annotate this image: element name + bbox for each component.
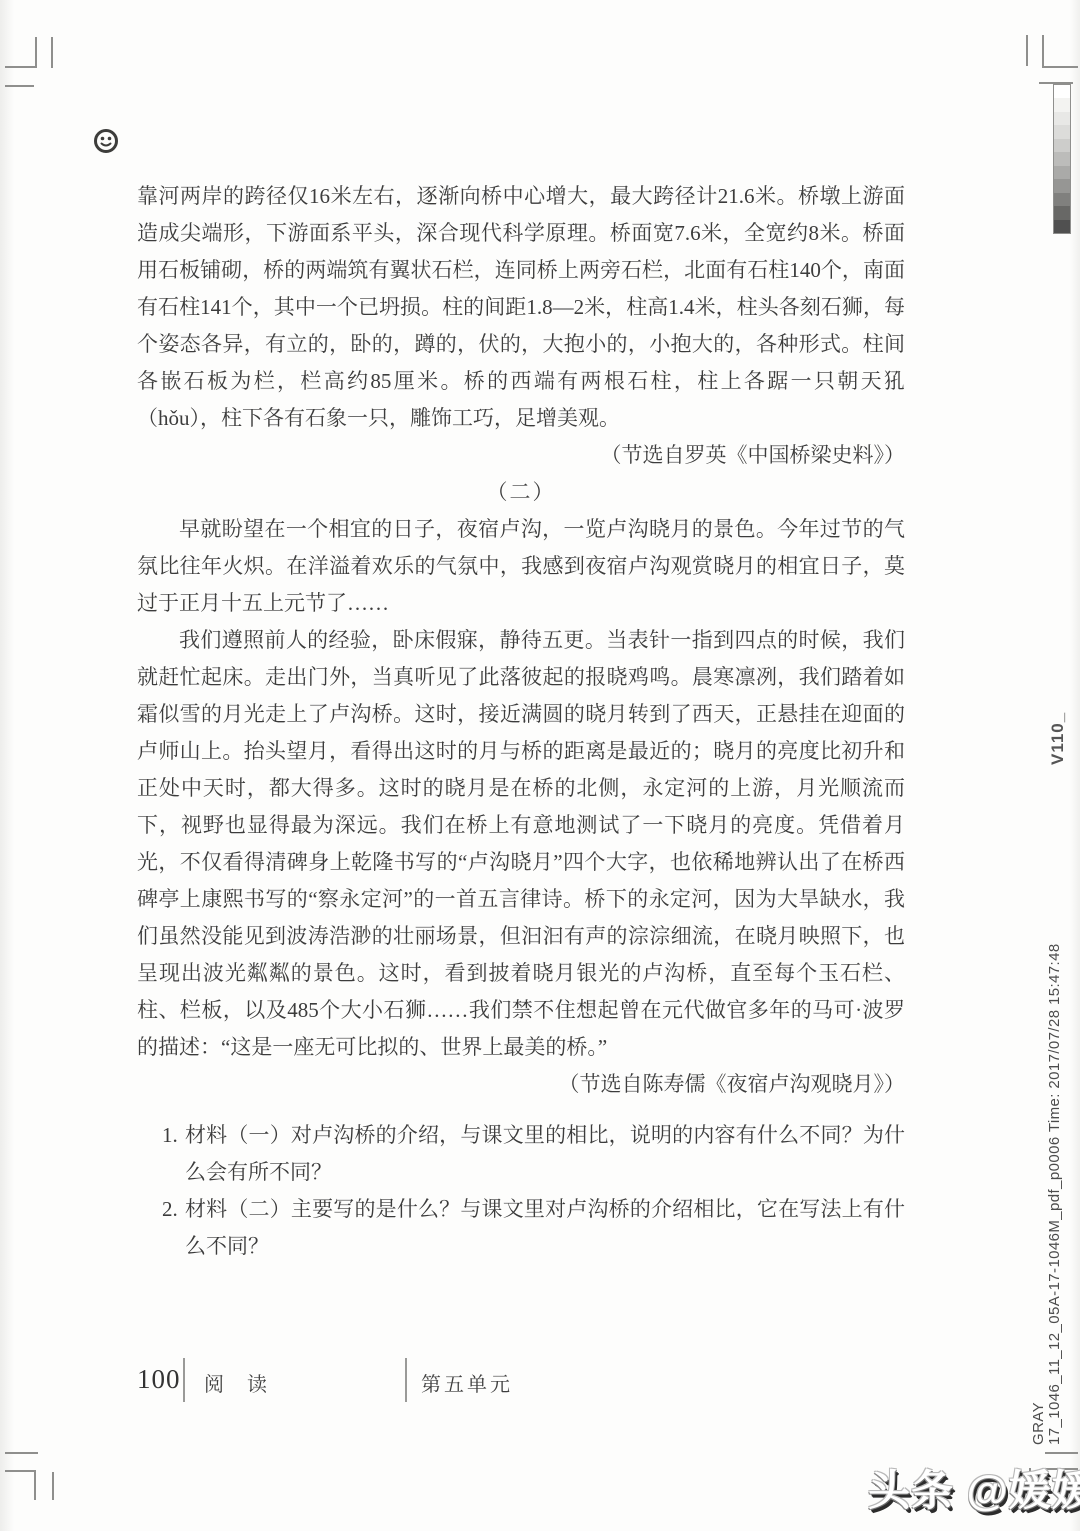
page-number: 100 — [137, 1364, 181, 1395]
crop-mark — [1026, 35, 1028, 66]
question-number: 2. — [162, 1191, 178, 1228]
crop-mark — [5, 66, 37, 68]
material1-source: （节选自罗英《中国桥梁史料》） — [137, 437, 905, 474]
scan-edge-shading-left — [0, 0, 14, 1531]
crop-mark — [5, 1452, 38, 1454]
toutiao-watermark: 头条 @媛媛妈 — [868, 1458, 1080, 1518]
margin-scan-info: 17_1046_11_12_05A-17-1046M_pdf_p0006 Tim… — [1046, 943, 1063, 1445]
footer-section-label: 阅 读 — [204, 1368, 276, 1397]
crop-mark — [5, 85, 34, 87]
question-number: 1. — [162, 1117, 178, 1154]
grayscale-step — [1054, 85, 1070, 98]
grayscale-step — [1054, 125, 1070, 138]
crop-mark — [35, 37, 37, 67]
questions-list: 1. 材料（一）对卢沟桥的介绍，与课文里的相比，说明的内容有什么不同？为什么会有… — [137, 1117, 905, 1265]
page-footer: 100 阅 读 第五单元 — [0, 1356, 1080, 1406]
footer-divider — [183, 1358, 185, 1402]
grayscale-step — [1054, 206, 1070, 219]
footer-divider — [405, 1358, 407, 1402]
grayscale-step — [1054, 139, 1070, 152]
question-text: 材料（一）对卢沟桥的介绍，与课文里的相比，说明的内容有什么不同？为什么会有所不同… — [185, 1123, 905, 1184]
crop-mark — [51, 37, 53, 68]
grayscale-calibration-bar — [1053, 84, 1071, 234]
scan-edge-shading-right — [1070, 0, 1080, 1531]
question-item: 2. 材料（二）主要写的是什么？与课文里对卢沟桥的介绍相比，它在写法上有什么不同… — [137, 1191, 905, 1265]
margin-color-mode-label: GRAY — [1030, 1402, 1047, 1445]
grayscale-step — [1054, 220, 1070, 233]
crop-mark — [52, 1472, 54, 1500]
crop-mark — [5, 1470, 36, 1472]
page-body-text: 靠河两岸的跨径仅16米左右，逐渐向桥中心增大，最大跨径计21.6米。桥墩上游面造… — [137, 178, 905, 1265]
material2-source: （节选自陈寿儒《夜宿卢沟观晓月》） — [137, 1066, 905, 1103]
crop-mark — [1042, 66, 1078, 68]
material2-paragraph-2: 我们遵照前人的经验，卧床假寐，静待五更。当表针一指到四点的时候，我们就赶忙起床。… — [137, 622, 905, 1066]
grayscale-step — [1054, 98, 1070, 111]
material2-paragraph-1: 早就盼望在一个相宜的日子，夜宿卢沟，一览卢沟晓月的景色。今年过节的气氛比往年火炽… — [137, 511, 905, 622]
footer-unit-label: 第五单元 — [421, 1368, 513, 1397]
material2-heading: （二） — [137, 474, 905, 511]
scanned-textbook-page: { "page": { "material1": { "body": "靠河两岸… — [0, 0, 1080, 1531]
grayscale-step — [1054, 179, 1070, 192]
crop-mark — [1042, 35, 1044, 66]
grayscale-step — [1054, 193, 1070, 206]
grayscale-step — [1054, 112, 1070, 125]
crop-mark — [34, 1470, 36, 1500]
crop-mark — [1045, 1452, 1078, 1454]
grayscale-step — [1054, 152, 1070, 165]
question-item: 1. 材料（一）对卢沟桥的介绍，与课文里的相比，说明的内容有什么不同？为什么会有… — [137, 1117, 905, 1191]
material1-paragraph: 靠河两岸的跨径仅16米左右，逐渐向桥中心增大，最大跨径计21.6米。桥墩上游面造… — [137, 178, 905, 437]
question-text: 材料（二）主要写的是什么？与课文里对卢沟桥的介绍相比，它在写法上有什么不同？ — [185, 1197, 905, 1258]
grayscale-step — [1054, 166, 1070, 179]
margin-version-label: V110_ — [1048, 712, 1068, 765]
smiley-face-icon — [93, 128, 119, 154]
